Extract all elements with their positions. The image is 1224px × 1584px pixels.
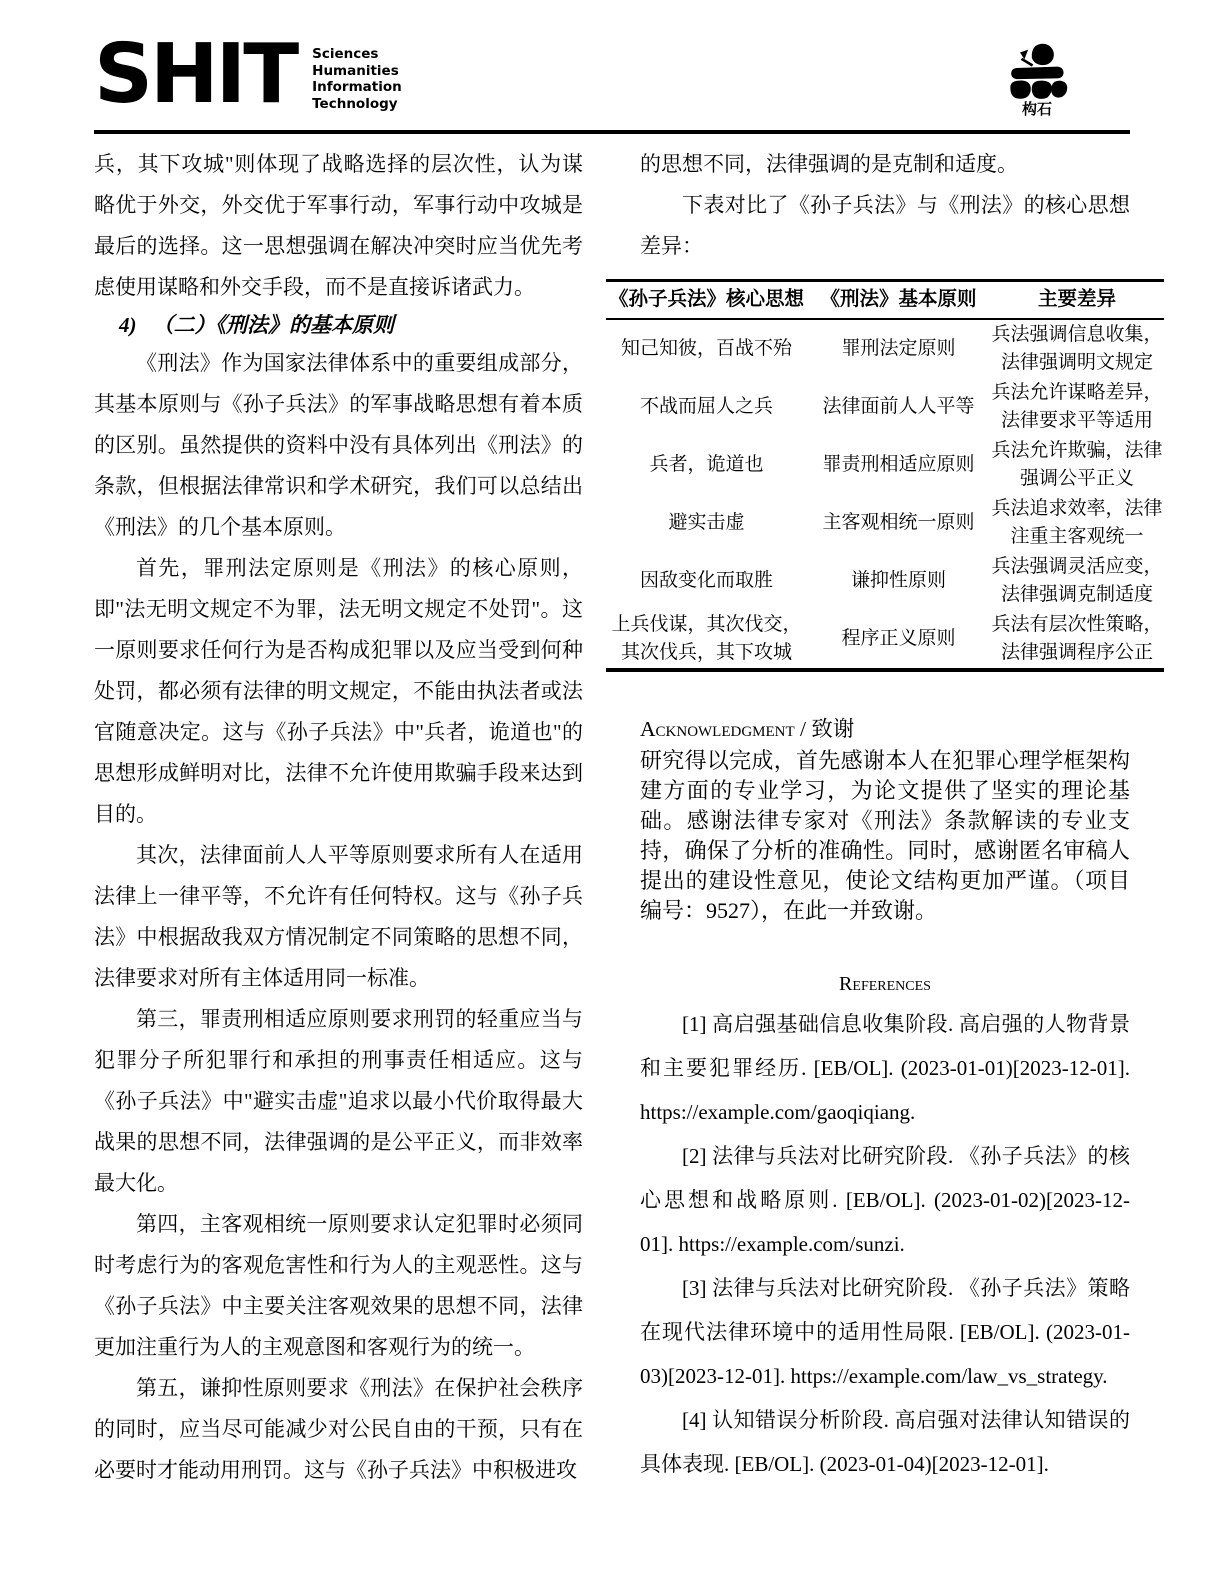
comparison-table: 《孙子兵法》核心思想 《刑法》基本原则 主要差异 知己知彼，百战不殆 罪刑法定原…	[606, 279, 1164, 672]
journal-brand: SHIT Sciences Humanities Information Tec…	[94, 36, 402, 114]
table-cell: 罪责刑相适应原则	[807, 436, 990, 494]
table-cell: 主客观相统一原则	[807, 494, 990, 552]
table-cell: 谦抑性原则	[807, 552, 990, 610]
body-paragraph: 下表对比了《孙子兵法》与《刑法》的核心思想差异：	[640, 185, 1130, 267]
acknowledgment-heading-text: Acknowledgment / 致谢	[640, 717, 854, 741]
journal-tagline: Sciences Humanities Information Technolo…	[312, 36, 402, 112]
body-paragraph: 首先，罪刑法定原则是《刑法》的核心原则，即"法无明文规定不为罪，法无明文规定不处…	[94, 548, 583, 835]
references-heading: References	[640, 972, 1130, 996]
reference-item: [4] 认知错误分析阶段. 高启强对法律认知错误的具体表现. [EB/OL]. …	[640, 1398, 1130, 1486]
tagline-line: Sciences	[312, 46, 402, 63]
table-cell: 兵法强调信息收集，法律强调明文规定	[990, 319, 1164, 378]
table-row: 不战而屈人之兵 法律面前人人平等 兵法允许谋略差异，法律要求平等适用	[606, 378, 1164, 436]
left-column: 兵，其下攻城"则体现了战略选择的层次性，认为谋略优于外交，外交优于军事行动，军事…	[94, 144, 583, 1491]
journal-header: SHIT Sciences Humanities Information Tec…	[94, 36, 1130, 130]
header-divider	[94, 130, 1130, 134]
acknowledgment-text: 研究得以完成，首先感谢本人在犯罪心理学框架构建方面的专业学习，为论文提供了坚实的…	[640, 746, 1130, 926]
right-column: 的思想不同，法律强调的是克制和适度。 下表对比了《孙子兵法》与《刑法》的核心思想…	[640, 144, 1130, 1491]
table-cell: 不战而屈人之兵	[606, 378, 807, 436]
reference-item: [1] 高启强基础信息收集阶段. 高启强的人物背景和主要犯罪经历. [EB/OL…	[640, 1002, 1130, 1134]
table-row: 兵者，诡道也 罪责刑相适应原则 兵法允许欺骗，法律强调公平正义	[606, 436, 1164, 494]
table-row: 因敌变化而取胜 谦抑性原则 兵法强调灵活应变，法律强调克制适度	[606, 552, 1164, 610]
reference-item: [2] 法律与兵法对比研究阶段. 《孙子兵法》的核心思想和战略原则. [EB/O…	[640, 1134, 1130, 1266]
table-cell: 兵法允许谋略差异，法律要求平等适用	[990, 378, 1164, 436]
paper-page: SHIT Sciences Humanities Information Tec…	[0, 0, 1224, 1584]
stone-pile-icon	[1000, 40, 1074, 102]
table-cell: 法律面前人人平等	[807, 378, 990, 436]
section-heading-number: 4)	[119, 313, 137, 337]
acknowledgment-heading: Acknowledgment / 致谢	[640, 716, 1130, 742]
body-paragraph: 其次，法律面前人人平等原则要求所有人在适用法律上一律平等，不允许有任何特权。这与…	[94, 835, 583, 999]
journal-logo: SHIT	[94, 36, 296, 114]
references-heading-text: References	[839, 973, 931, 995]
table-cell: 兵法强调灵活应变，法律强调克制适度	[990, 552, 1164, 610]
two-column-body: 兵，其下攻城"则体现了战略选择的层次性，认为谋略优于外交，外交优于军事行动，军事…	[94, 144, 1130, 1491]
table-cell: 兵法追求效率，法律注重主客观统一	[990, 494, 1164, 552]
table-cell: 因敌变化而取胜	[606, 552, 807, 610]
section-heading-text: （二）《刑法》的基本原则	[153, 313, 395, 337]
table-row: 避实击虚 主客观相统一原则 兵法追求效率，法律注重主客观统一	[606, 494, 1164, 552]
table-cell: 上兵伐谋，其次伐交，其次伐兵，其下攻城	[606, 610, 807, 670]
body-paragraph: 的思想不同，法律强调的是克制和适度。	[640, 144, 1130, 185]
table-row: 知己知彼，百战不殆 罪刑法定原则 兵法强调信息收集，法律强调明文规定	[606, 319, 1164, 378]
table-header-cell: 《刑法》基本原则	[807, 281, 990, 320]
tagline-line: Technology	[312, 96, 402, 113]
body-paragraph: 第四，主客观相统一原则要求认定犯罪时必须同时考虑行为的客观危害性和行为人的主观恶…	[94, 1204, 583, 1368]
table-cell: 避实击虚	[606, 494, 807, 552]
table-header-cell: 主要差异	[990, 281, 1164, 320]
table-header-cell: 《孙子兵法》核心思想	[606, 281, 807, 320]
tagline-line: Information	[312, 79, 402, 96]
table-cell: 知己知彼，百战不殆	[606, 319, 807, 378]
body-paragraph: 《刑法》作为国家法律体系中的重要组成部分，其基本原则与《孙子兵法》的军事战略思想…	[94, 343, 583, 548]
body-paragraph: 第三，罪责刑相适应原则要求刑罚的轻重应当与犯罪分子所犯罪行和承担的刑事责任相适应…	[94, 999, 583, 1204]
tagline-line: Humanities	[312, 63, 402, 80]
table-row: 上兵伐谋，其次伐交，其次伐兵，其下攻城 程序正义原则 兵法有层次性策略，法律强调…	[606, 610, 1164, 670]
table-cell: 兵法允许欺骗，法律强调公平正义	[990, 436, 1164, 494]
stone-pile-label: 构石	[1000, 101, 1074, 117]
table-cell: 兵者，诡道也	[606, 436, 807, 494]
table-cell: 程序正义原则	[807, 610, 990, 670]
table-cell: 兵法有层次性策略，法律强调程序公正	[990, 610, 1164, 670]
body-paragraph: 兵，其下攻城"则体现了战略选择的层次性，认为谋略优于外交，外交优于军事行动，军事…	[94, 144, 583, 308]
body-paragraph: 第五，谦抑性原则要求《刑法》在保护社会秩序的同时，应当尽可能减少对公民自由的干预…	[94, 1368, 583, 1491]
table-header-row: 《孙子兵法》核心思想 《刑法》基本原则 主要差异	[606, 281, 1164, 320]
table-cell: 罪刑法定原则	[807, 319, 990, 378]
reference-item: [3] 法律与兵法对比研究阶段. 《孙子兵法》策略在现代法律环境中的适用性局限.…	[640, 1266, 1130, 1398]
publisher-mark: 构石	[1000, 36, 1074, 117]
section-heading: 4)（二）《刑法》的基本原则	[119, 309, 583, 342]
